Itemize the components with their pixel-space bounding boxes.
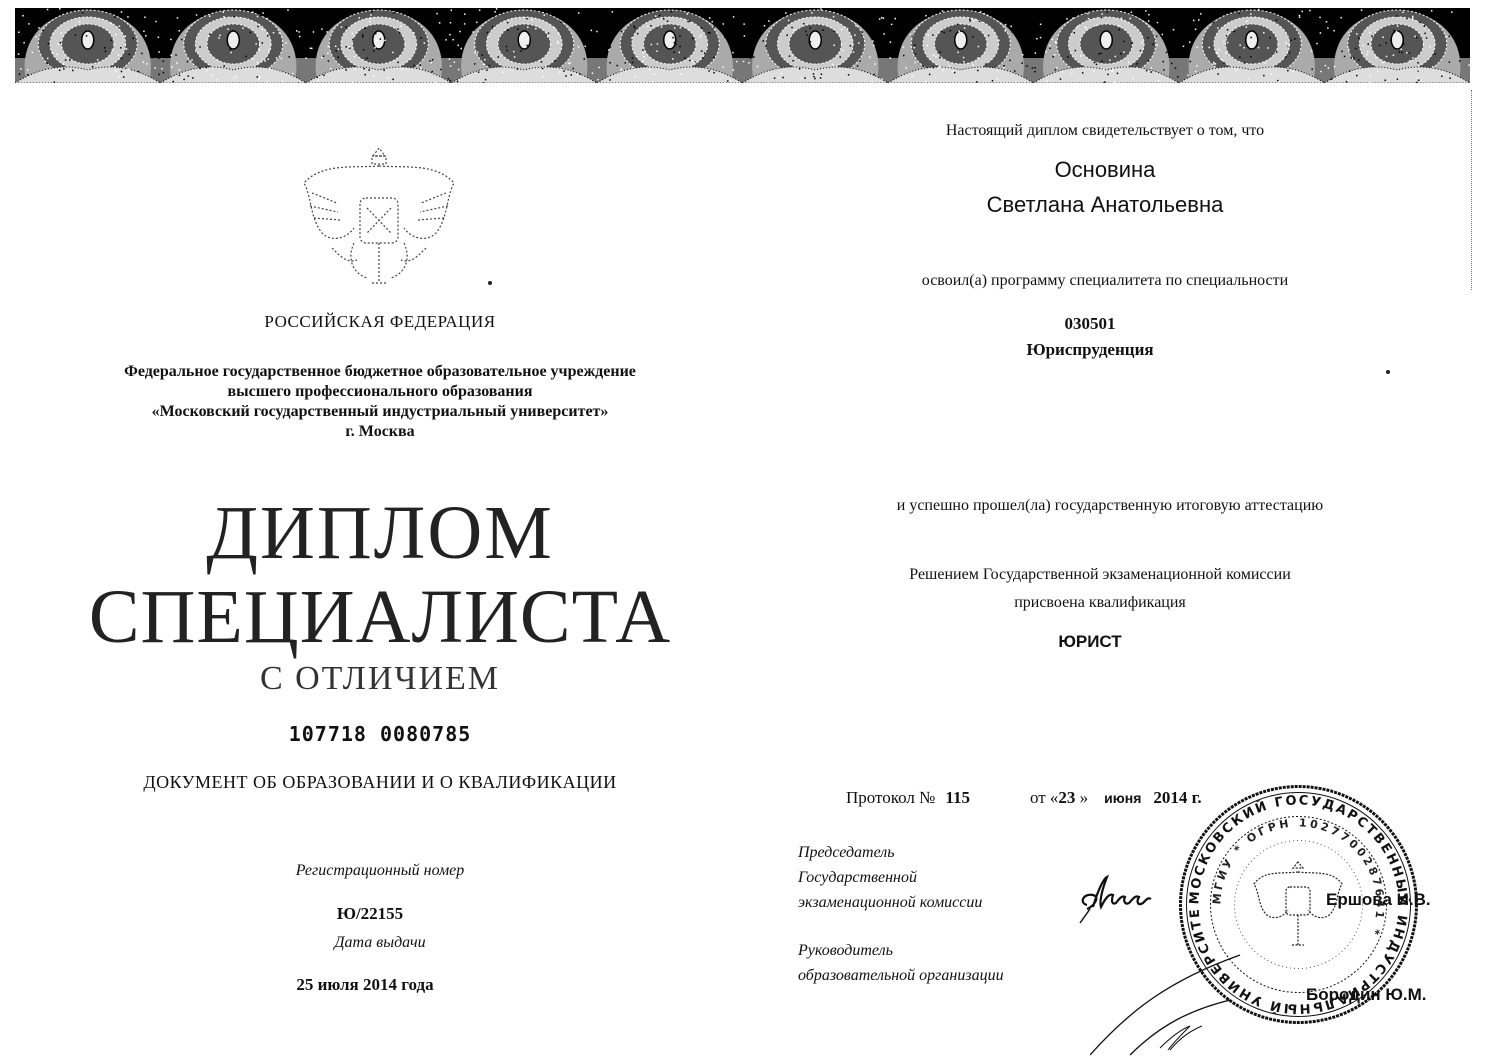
institution-line: «Московский государственный индустриальн… (30, 402, 730, 422)
registration-label: Регистрационный номер (250, 862, 510, 880)
diploma-subtitle: СПЕЦИАЛИСТА (80, 577, 680, 657)
chair-title-line: экзаменационной комиссии (798, 890, 1058, 915)
protocol-month: июня (1104, 790, 1141, 806)
country-name: РОССИЙСКАЯ ФЕДЕРАЦИЯ (150, 312, 610, 332)
chair-title-line: Государственной (798, 865, 1058, 890)
head-title-line: Руководитель (798, 938, 1068, 963)
head-title-line: образовательной организации (798, 963, 1068, 988)
registration-number: Ю/22155 (270, 904, 470, 924)
qualification: ЮРИСТ (990, 632, 1190, 652)
intro-text: Настоящий диплом свидетельствует о том, … (870, 122, 1340, 140)
institution-city: г. Москва (30, 422, 730, 442)
specialty-code: 030501 (990, 314, 1190, 334)
honors-label: С ОТЛИЧИЕМ (150, 660, 610, 698)
page-edge (1471, 90, 1473, 290)
specialty-name: Юриспруденция (970, 340, 1210, 360)
protocol-line: Протокол №115от «23 »июня2014 г. (846, 788, 1202, 808)
protocol-label: Протокол № (846, 788, 935, 807)
institution-line: Федеральное государственное бюджетное об… (30, 362, 730, 382)
graduate-given-names: Светлана Анатольевна (930, 192, 1280, 218)
decision-text: Решением Государственной экзаменационной… (840, 566, 1360, 584)
diploma-title: ДИПЛОМ (100, 493, 660, 573)
protocol-number: 115 (945, 788, 970, 807)
issue-date: 25 июля 2014 года (240, 975, 490, 995)
institution-name: Федеральное государственное бюджетное об… (30, 362, 730, 442)
attestation-text: и успешно прошел(ла) государственную ито… (820, 497, 1400, 515)
speck (488, 281, 492, 285)
graduate-surname: Основина (930, 157, 1280, 183)
protocol-day: 23 (1058, 788, 1075, 807)
coat-of-arms-emblem-icon (292, 138, 467, 298)
program-text: освоил(а) программу специалитета по спец… (850, 272, 1360, 290)
decision-text-2: присвоена квалификация (940, 594, 1260, 612)
institution-line: высшего профессионального образования (30, 382, 730, 402)
protocol-day-close: » (1080, 788, 1089, 807)
head-title: Руководитель образовательной организации (798, 938, 1068, 988)
chair-title-line: Председатель (798, 840, 1058, 865)
issue-date-label: Дата выдачи (280, 934, 480, 952)
speck (1386, 370, 1390, 374)
document-type: ДОКУМЕНТ ОБ ОБРАЗОВАНИИ И О КВАЛИФИКАЦИИ (80, 772, 680, 793)
protocol-from-label: от « (1030, 788, 1058, 807)
chair-title: Председатель Государственной экзаменацио… (798, 840, 1058, 915)
chair-name: Ершова И.В. (1326, 890, 1431, 910)
ornamental-band-icon (15, 8, 1470, 83)
serial-number: 107718 0080785 (180, 722, 580, 746)
head-name: Бородин Ю.М. (1306, 985, 1427, 1005)
